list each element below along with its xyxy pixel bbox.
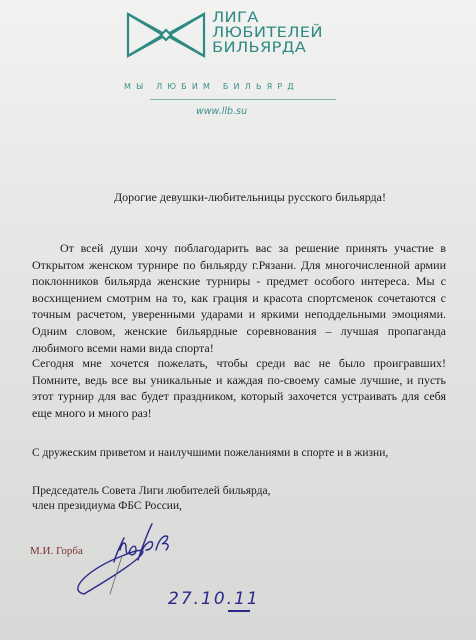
org-name-line: ЛЮБИТЕЛЕЙ bbox=[212, 26, 323, 41]
org-name-line: ЛИГА bbox=[212, 11, 323, 26]
letterhead: ЛИГА ЛЮБИТЕЛЕЙ БИЛЬЯРДА МЫ ЛЮБИМ БИЛЬЯРД… bbox=[0, 0, 476, 130]
closing-line: С дружеским приветом и наилучшими пожела… bbox=[32, 447, 388, 459]
signer-title-line: член президиума ФБС России, bbox=[32, 499, 270, 514]
handwritten-signature-icon bbox=[70, 520, 190, 600]
org-name: ЛИГА ЛЮБИТЕЛЕЙ БИЛЬЯРДА bbox=[212, 11, 323, 56]
letter-paragraph: Сегодня мне хочется пожелать, чтобы сред… bbox=[32, 355, 446, 421]
website-link[interactable]: www.llb.su bbox=[196, 106, 247, 117]
divider bbox=[150, 99, 336, 100]
bow-tie-icon bbox=[126, 12, 206, 58]
letter-paragraph: От всей души хочу поблагодарить вас за р… bbox=[32, 240, 446, 356]
signer-title: Председатель Совета Лиги любителей билья… bbox=[32, 484, 270, 514]
signer-title-line: Председатель Совета Лиги любителей билья… bbox=[32, 484, 270, 499]
date-underline bbox=[228, 610, 250, 612]
handwritten-date: 27.10.11 bbox=[168, 589, 260, 609]
motto: МЫ ЛЮБИМ БИЛЬЯРД bbox=[124, 82, 330, 91]
salutation: Дорогие девушки-любительницы русского би… bbox=[114, 190, 386, 205]
org-name-line: БИЛЬЯРДА bbox=[212, 41, 323, 56]
